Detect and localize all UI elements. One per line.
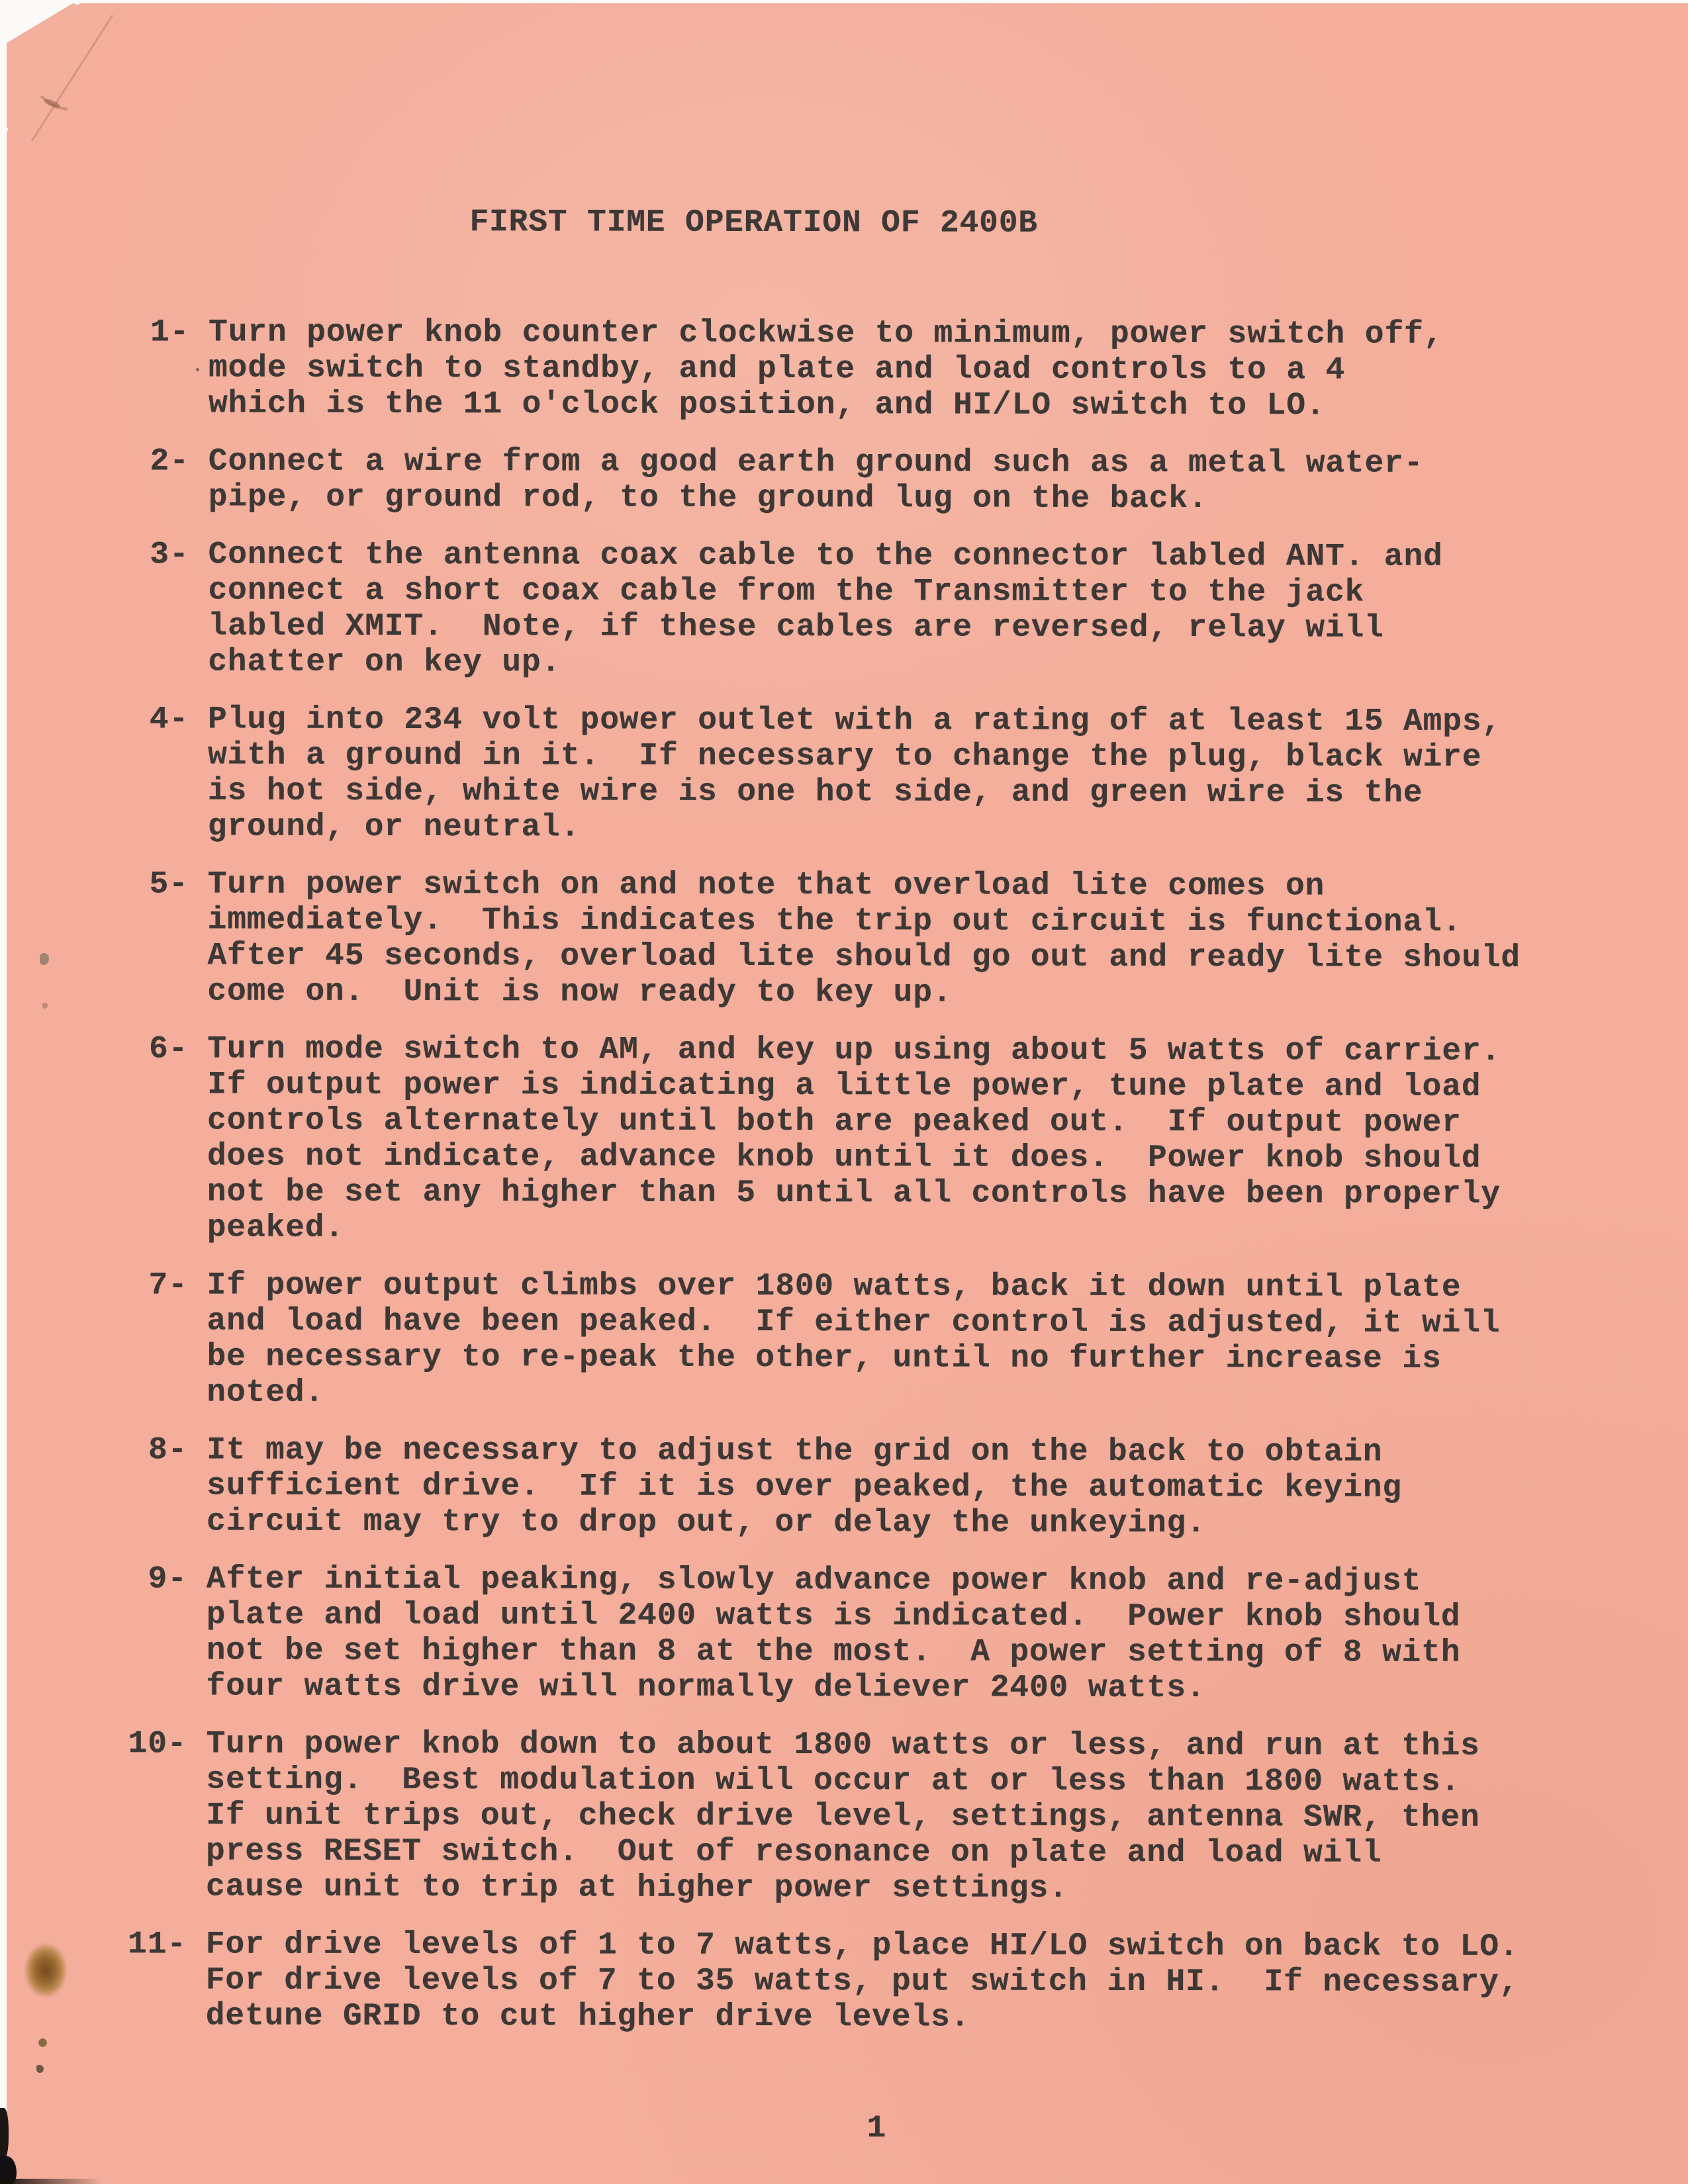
- text-line: After initial peaking, slowly advance po…: [207, 1562, 1659, 1600]
- instruction-item: 10- Turn power knob down to about 1800 w…: [3, 1726, 1658, 1907]
- text-line: Turn power switch on and note that overl…: [208, 867, 1660, 905]
- item-text: Connect the antenna coax cable to the co…: [208, 537, 1660, 683]
- page-number: 1: [867, 2111, 886, 2146]
- text-line: noted.: [207, 1375, 1659, 1414]
- item-number: 7-: [5, 1267, 188, 1303]
- item-text: For drive levels of 1 to 7 watts, place …: [206, 1927, 1658, 2037]
- text-line: with a ground in it. If necessary to cha…: [208, 738, 1660, 776]
- text-line: chatter on key up.: [208, 645, 1660, 683]
- instruction-item: 6- Turn mode switch to AM, and key up us…: [5, 1031, 1660, 1248]
- text-line: not be set higher than 8 at the most. A …: [207, 1633, 1659, 1672]
- text-line: Connect a wire from a good earth ground …: [209, 444, 1661, 482]
- item-number: 3-: [5, 537, 189, 572]
- text-line: For drive levels of 7 to 35 watts, put s…: [206, 1963, 1658, 2001]
- text-line: and load have been peaked. If either con…: [207, 1304, 1659, 1342]
- text-line: labled XMIT. Note, if these cables are r…: [208, 609, 1660, 647]
- text-line: immediately. This indicates the trip out…: [208, 903, 1660, 941]
- items-list: 1- Turn power knob counter clockwise to …: [3, 314, 1662, 2058]
- item-number: 4-: [5, 702, 189, 737]
- text-line: press RESET switch. Out of resonance on …: [206, 1834, 1658, 1872]
- text-line: Turn power knob down to about 1800 watts…: [206, 1727, 1658, 1765]
- paper-speck: [42, 1003, 48, 1009]
- text-line: If unit trips out, check drive level, se…: [206, 1798, 1658, 1837]
- text-line: cause unit to trip at higher power setti…: [206, 1870, 1658, 1908]
- text-line: Turn power knob counter clockwise to min…: [209, 315, 1661, 353]
- instruction-item: 7- If power output climbs over 1800 watt…: [4, 1267, 1659, 1413]
- text-line: peaked.: [207, 1210, 1660, 1249]
- stain-speck: [36, 2065, 44, 2073]
- text-line: four watts drive will normally deliever …: [207, 1669, 1659, 1707]
- item-text: Connect a wire from a good earth ground …: [209, 444, 1661, 518]
- item-number: 8-: [4, 1432, 187, 1468]
- item-number: 9-: [4, 1561, 187, 1597]
- instruction-item: 8- It may be necessary to adjust the gri…: [4, 1432, 1659, 1542]
- text-line: If power output climbs over 1800 watts, …: [207, 1268, 1660, 1306]
- text-line: mode switch to standby, and plate and lo…: [209, 351, 1661, 389]
- text-line: plate and load until 2400 watts is indic…: [207, 1598, 1659, 1636]
- item-number: 6-: [5, 1031, 188, 1067]
- text-line: come on. Unit is now ready to key up.: [207, 974, 1660, 1013]
- text-line: be necessary to re-peak the other, until…: [207, 1340, 1659, 1378]
- instruction-item: 5- Turn power switch on and note that ov…: [5, 866, 1660, 1012]
- instruction-item: 1- Turn power knob counter clockwise to …: [6, 314, 1661, 424]
- scanner-edge-mark: [0, 2108, 9, 2160]
- item-number: 10-: [3, 1726, 187, 1762]
- text-line: Connect the antenna coax cable to the co…: [208, 537, 1660, 576]
- instruction-item: 2- Connect a wire from a good earth grou…: [6, 443, 1661, 518]
- text-line: ground, or neutral.: [208, 809, 1660, 848]
- item-text: It may be necessary to adjust the grid o…: [207, 1433, 1659, 1543]
- text-line: controls alternately until both are peak…: [207, 1103, 1660, 1142]
- text-line: For drive levels of 1 to 7 watts, place …: [206, 1927, 1658, 1966]
- text-line: sufficient drive. If it is over peaked, …: [207, 1469, 1659, 1507]
- text-line: is hot side, white wire is one hot side,…: [208, 774, 1660, 812]
- item-text: Turn power knob down to about 1800 watts…: [206, 1727, 1658, 1908]
- text-line: If output power is indicating a little p…: [207, 1068, 1660, 1106]
- document: FIRST TIME OPERATION OF 2400B 1- Turn po…: [3, 3, 1688, 2184]
- item-text: After initial peaking, slowly advance po…: [207, 1562, 1659, 1707]
- stain-speck: [38, 2038, 47, 2047]
- text-line: circuit may try to drop out, or delay th…: [207, 1504, 1659, 1543]
- text-line: After 45 seconds, overload lite should g…: [207, 938, 1660, 977]
- instruction-item: 9- After initial peaking, slowly advance…: [4, 1561, 1659, 1707]
- instruction-item: 11- For drive levels of 1 to 7 watts, pl…: [3, 1927, 1658, 2036]
- item-text: Plug into 234 volt power outlet with a r…: [208, 702, 1660, 848]
- text-line: which is the 11 o'clock position, and HI…: [209, 387, 1661, 425]
- item-text: If power output climbs over 1800 watts, …: [207, 1268, 1659, 1414]
- item-number: 2-: [6, 443, 189, 479]
- item-text: Turn mode switch to AM, and key up using…: [207, 1032, 1660, 1249]
- text-line: setting. Best modulation will occur at o…: [206, 1762, 1658, 1801]
- item-text: Turn power switch on and note that overl…: [207, 867, 1660, 1013]
- page-title: FIRST TIME OPERATION OF 2400B: [469, 205, 1038, 241]
- instruction-item: 4- Plug into 234 volt power outlet with …: [5, 702, 1660, 847]
- text-line: does not indicate, advance knob until it…: [207, 1139, 1660, 1177]
- instruction-item: 3- Connect the antenna coax cable to the…: [5, 537, 1660, 682]
- text-line: pipe, or ground rod, to the ground lug o…: [209, 480, 1661, 518]
- text-line: connect a short coax cable from the Tran…: [208, 573, 1660, 612]
- text-line: not be set any higher than 5 until all c…: [207, 1175, 1660, 1213]
- text-line: detune GRID to cut higher drive levels.: [206, 1999, 1658, 2037]
- item-text: Turn power knob counter clockwise to min…: [209, 315, 1661, 425]
- text-line: It may be necessary to adjust the grid o…: [207, 1433, 1659, 1471]
- text-line: Turn mode switch to AM, and key up using…: [207, 1032, 1660, 1070]
- paper-speck: [196, 368, 199, 371]
- scanner-edge-mark: [0, 2179, 103, 2184]
- text-line: Plug into 234 volt power outlet with a r…: [208, 702, 1660, 741]
- item-number: 5-: [5, 866, 189, 902]
- item-number: 1-: [6, 314, 189, 350]
